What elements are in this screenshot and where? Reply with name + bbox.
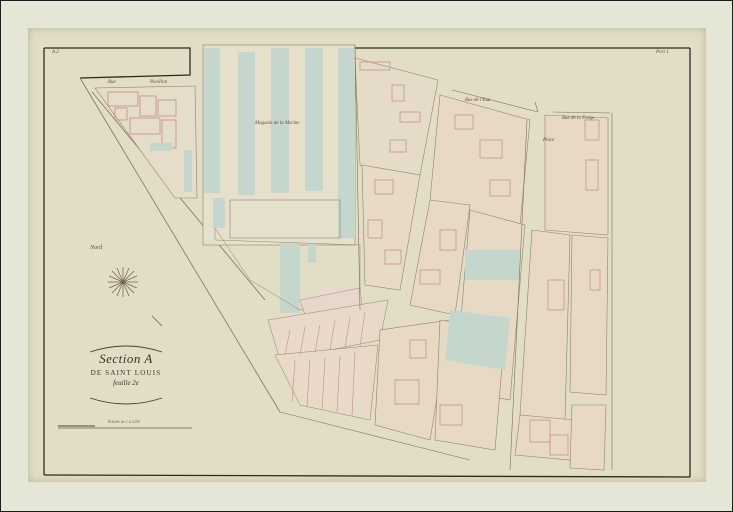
street-label-far-right: Rue de la Forge [562,116,594,121]
block-right [515,115,608,470]
sheet-number: feuille 2e [80,379,172,387]
corner-label-top-right: Port 1 [656,50,669,55]
block-middle-left [362,165,420,290]
block-top-left [95,86,197,198]
compass-rose-icon [108,267,138,297]
street-label-pavillon: Pavillon [150,80,167,85]
cadastral-map[interactable] [0,0,733,512]
scale-caption: Échelle de 1 à 1250 [108,419,140,424]
place-label: Place [543,138,554,143]
scale-bar [58,426,192,428]
title-cartouche: Section A DE SAINT LOUIS feuille 2e [80,345,172,405]
street-label-right-top: Rue de l'Eau [465,98,491,103]
section-subtitle: DE SAINT LOUIS [80,369,172,377]
block-lower-lots [268,300,388,420]
north-label: Nord [90,245,102,251]
street-label-top-left: Rue [108,80,116,85]
section-title: Section A [80,351,172,367]
barracks-complex [203,45,362,315]
north-arrow-tick [152,316,162,326]
corner-label-top-left: A 2 [52,50,59,55]
block-central-upper [355,58,438,175]
barracks-label: Magasin de la Marine [255,121,300,126]
